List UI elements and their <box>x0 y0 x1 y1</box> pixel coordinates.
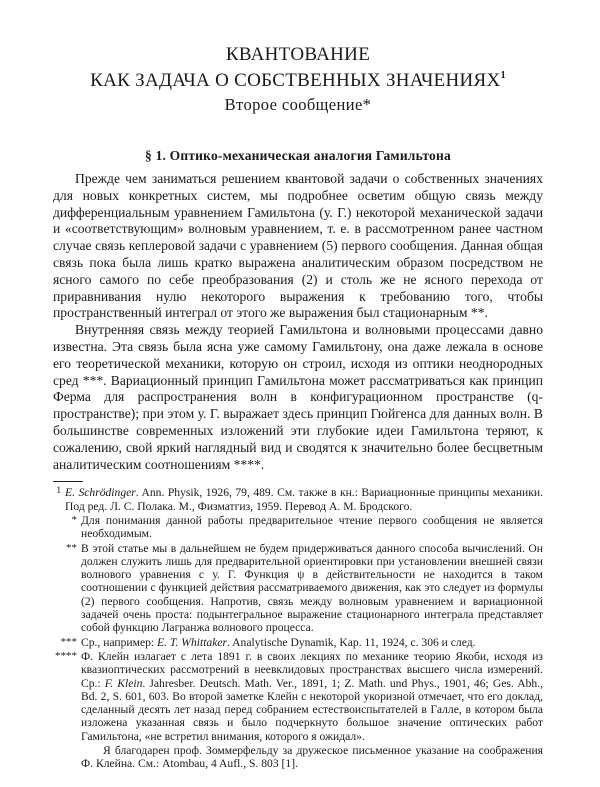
footnote-author: E. Schrödinger <box>65 486 136 499</box>
footnote-text: Я благодарен проф. Зоммерфельду за друже… <box>81 744 543 770</box>
title-footnote-mark: 1 <box>501 70 506 81</box>
footnote-text: В этой статье мы в дальнейшем не будем п… <box>81 542 543 635</box>
footnote-mark: **** <box>53 650 77 663</box>
footnote-author: F. Klein <box>105 677 143 690</box>
body-text: Прежде чем заниматься решением квантовой… <box>53 171 543 473</box>
footnote-text: . Ann. Physik, 1926, 79, 489. См. также … <box>65 486 543 512</box>
article-subtitle: Второе сообщение* <box>53 95 543 115</box>
footnote-star-3: *** Ср., например: E. T. Whittaker. Anal… <box>53 636 543 649</box>
section-heading: § 1. Оптико-механическая аналогия Гамиль… <box>53 147 543 165</box>
paragraph: Внутренняя связь между теорией Гамильтон… <box>53 322 543 473</box>
footnote-prefix: Ср., например: <box>81 636 157 649</box>
footnote-text: . Jahresber. Deutsch. Math. Ver., 1891, … <box>81 677 543 743</box>
title-line-2: КАК ЗАДАЧА О СОБСТВЕННЫХ ЗНАЧЕНИЯХ1 <box>53 65 543 91</box>
footnote-text: . Analytische Dynamik, Kap. 11, 1924, с.… <box>227 636 476 649</box>
footnote-star-2: ** В этой статье мы в дальнейшем не буде… <box>53 542 543 635</box>
footnote-mark: *** <box>53 636 77 649</box>
footnote-divider <box>53 481 83 482</box>
footnote-star-1: * Для понимания данной работы предварите… <box>53 514 543 541</box>
footnote-mark: ** <box>53 542 77 555</box>
footnote-mark: * <box>53 514 77 527</box>
footnotes: 1 E. Schrödinger. Ann. Physik, 1926, 79,… <box>53 486 543 770</box>
footnote-mark: 1 <box>53 484 61 497</box>
footnote-star-4: **** Ф. Клейн излагает с лета 1891 г. в … <box>53 650 543 743</box>
paragraph: Прежде чем заниматься решением квантовой… <box>53 171 543 322</box>
footnote-author: E. T. Whittaker <box>157 636 227 649</box>
article-title: КВАНТОВАНИЕ КАК ЗАДАЧА О СОБСТВЕННЫХ ЗНА… <box>53 44 543 91</box>
footnote-acknowledgement: Я благодарен проф. Зоммерфельду за друже… <box>53 744 543 771</box>
document-page: КВАНТОВАНИЕ КАК ЗАДАЧА О СОБСТВЕННЫХ ЗНА… <box>53 44 543 772</box>
title-line-1: КВАНТОВАНИЕ <box>53 44 543 65</box>
footnote-1: 1 E. Schrödinger. Ann. Physik, 1926, 79,… <box>53 486 543 513</box>
footnote-text: Для понимания данной работы предваритель… <box>81 514 543 540</box>
